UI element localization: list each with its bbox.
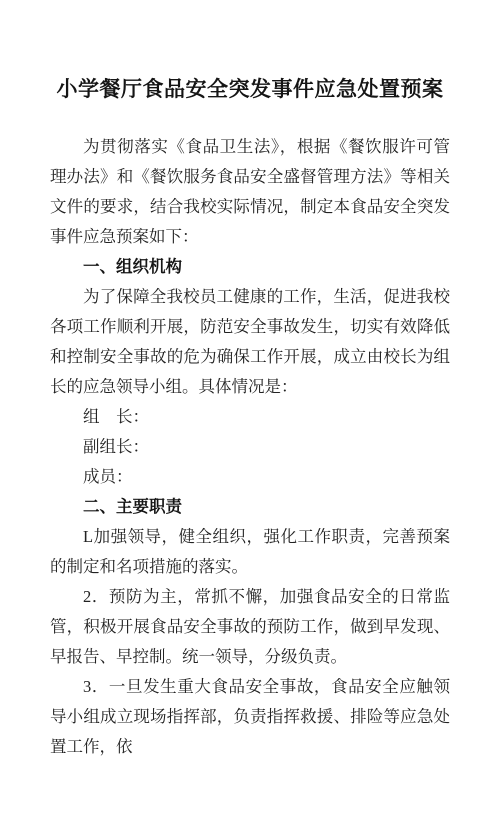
duties-paragraph-3: 3．一旦发生重大食品安全事故，食品安全应触领导小组成立现场指挥部，负责指挥救援、… bbox=[50, 672, 450, 762]
section-heading-duties: 二、主要职责 bbox=[50, 492, 450, 522]
intro-paragraph: 为贯彻落实《食品卫生法》，根据《餐饮服许可管理办法》和《餐饮服务食品安全盛督管理… bbox=[50, 132, 450, 252]
document-title: 小学餐厅食品安全突发事件应急处置预案 bbox=[50, 74, 450, 106]
duties-paragraph-2: 2．预防为主，常抓不懈，加强食品安全的日常监管，积极开展食品安全事故的预防工作，… bbox=[50, 582, 450, 672]
role-line-members: 成员： bbox=[50, 462, 450, 492]
section-heading-organization: 一、组织机构 bbox=[50, 252, 450, 282]
document-page: 小学餐厅食品安全突发事件应急处置预案 为贯彻落实《食品卫生法》，根据《餐饮服许可… bbox=[0, 0, 500, 824]
organization-paragraph: 为了保障全我校员工健康的工作，生活，促进我校各项工作顺利开展，防范安全事故发生，… bbox=[50, 282, 450, 402]
role-line-leader: 组 长： bbox=[50, 402, 450, 432]
role-line-deputy-leader: 副组长： bbox=[50, 432, 450, 462]
duties-paragraph-1: L加强领导，健全组织，强化工作职责，完善预案的制定和名项措施的落实。 bbox=[50, 522, 450, 582]
